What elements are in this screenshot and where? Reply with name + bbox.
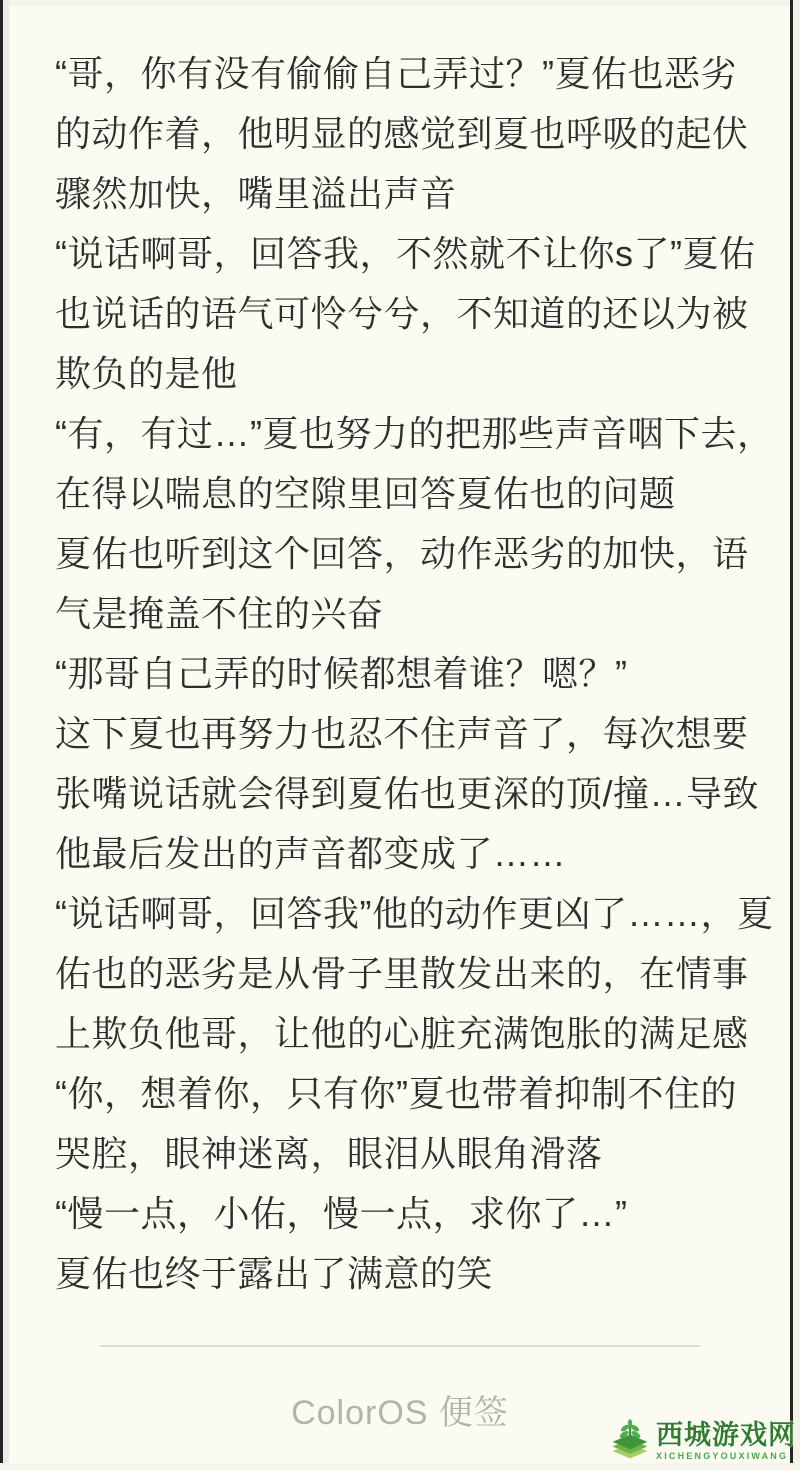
note-text-line: 气是掩盖不住的兴奋 bbox=[55, 584, 745, 644]
site-name: 西城游戏网 bbox=[656, 1421, 796, 1449]
note-text-line: “哥，你有没有偷偷自己弄过？”夏佑也恶劣 bbox=[55, 44, 745, 104]
footer-divider bbox=[100, 1345, 700, 1347]
photo-edge-top bbox=[0, 0, 800, 6]
site-name-latin: XICHENGYOUXIWANG bbox=[656, 1451, 788, 1461]
photo-edge-left-light bbox=[3, 0, 9, 1470]
photo-edge-right bbox=[790, 0, 793, 1470]
note-text-line: 哭腔，眼神迷离，眼泪从眼角滑落 bbox=[55, 1124, 745, 1184]
note-text: “哥，你有没有偷偷自己弄过？”夏佑也恶劣 的动作着，他明显的感觉到夏也呼吸的起伏… bbox=[55, 44, 745, 1304]
photo-edge-left bbox=[0, 0, 3, 1470]
photo-edge-bottom bbox=[0, 1463, 800, 1470]
note-text-line: “那哥自己弄的时候都想着谁？嗯？” bbox=[55, 644, 745, 704]
note-text-line: 他最后发出的声音都变成了…… bbox=[55, 824, 745, 884]
note-text-line: “你，想着你，只有你”夏也带着抑制不住的 bbox=[55, 1064, 745, 1124]
note-text-line: “说话啊哥，回答我”他的动作更凶了……，夏 bbox=[55, 884, 745, 944]
note-text-line: “慢一点，小佑，慢一点，求你了…” bbox=[55, 1184, 745, 1244]
note-text-line: 在得以喘息的空隙里回答夏佑也的问题 bbox=[55, 464, 745, 524]
note-text-line: 这下夏也再努力也忍不住声音了，每次想要 bbox=[55, 704, 745, 764]
wheat-icon bbox=[608, 1418, 652, 1464]
note-text-line: 夏佑也终于露出了满意的笑 bbox=[55, 1244, 745, 1304]
note-text-line: 夏佑也听到这个回答，动作恶劣的加快，语 bbox=[55, 524, 745, 584]
note-text-line: “有，有过…”夏也努力的把那些声音咽下去， bbox=[55, 404, 745, 464]
note-text-line: 的动作着，他明显的感觉到夏也呼吸的起伏 bbox=[55, 104, 745, 164]
note-text-line: 也说话的语气可怜兮兮，不知道的还以为被 bbox=[55, 284, 745, 344]
site-watermark: 西城游戏网 XICHENGYOUXIWANG bbox=[608, 1418, 796, 1464]
note-text-line: 欺负的是他 bbox=[55, 344, 745, 404]
note-text-line: 骤然加快，嘴里溢出声音 bbox=[55, 164, 745, 224]
site-watermark-text: 西城游戏网 XICHENGYOUXIWANG bbox=[656, 1421, 796, 1461]
photo-edge-right-light bbox=[793, 0, 800, 1470]
note-text-line: 上欺负他哥，让他的心脏充满饱胀的满足感 bbox=[55, 1004, 745, 1064]
note-text-line: 佑也的恶劣是从骨子里散发出来的，在情事 bbox=[55, 944, 745, 1004]
note-text-line: “说话啊哥，回答我，不然就不让你s了”夏佑 bbox=[55, 224, 745, 284]
note-text-line: 张嘴说话就会得到夏佑也更深的顶/撞…导致 bbox=[55, 764, 745, 824]
note-screenshot-page: “哥，你有没有偷偷自己弄过？”夏佑也恶劣 的动作着，他明显的感觉到夏也呼吸的起伏… bbox=[0, 0, 800, 1470]
